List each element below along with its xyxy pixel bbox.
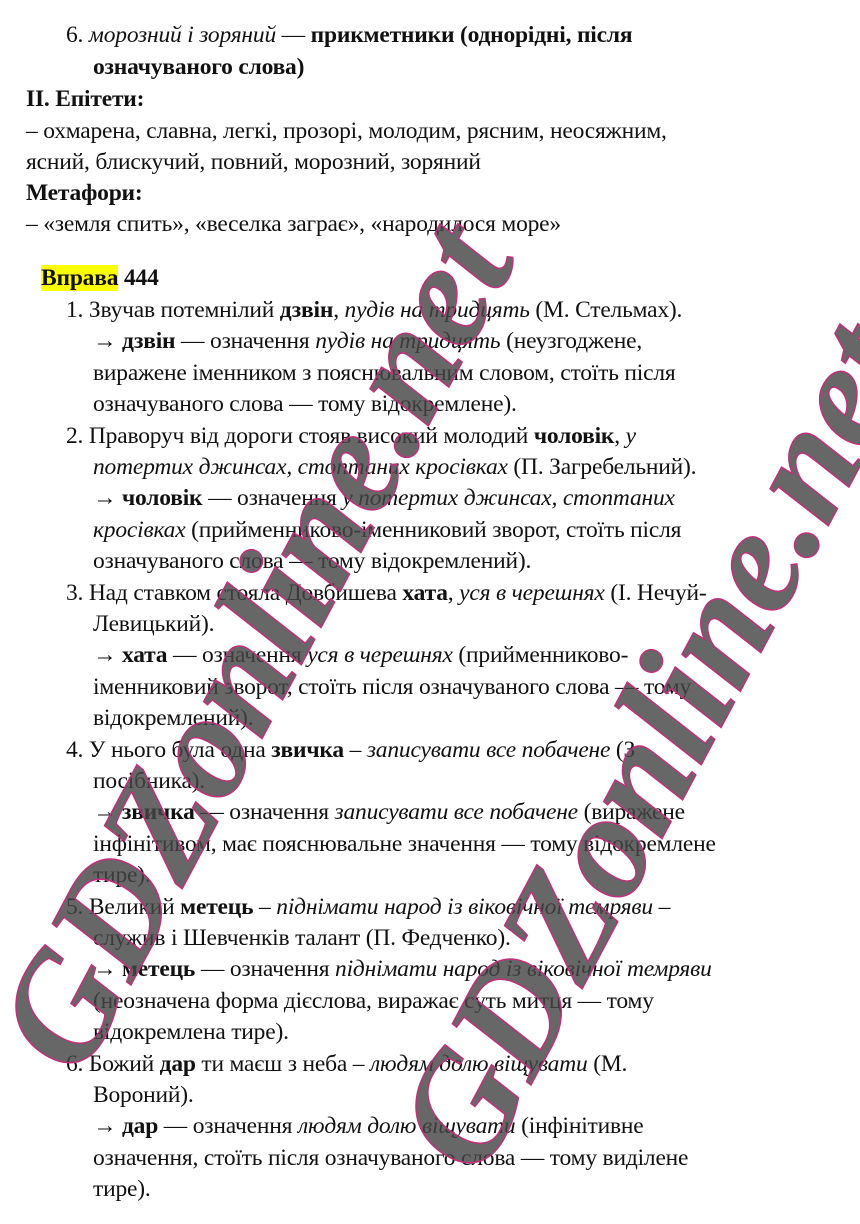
attribute-phrase: пудів на тридцять: [315, 328, 500, 354]
defined-word: звичка: [271, 737, 344, 763]
text-segment: Звучав потемнілий: [89, 297, 280, 323]
epithets-line-1: – охмарена, славна, легкі, прозорі, моло…: [26, 116, 667, 146]
attribute-phrase: піднімати народ із віковічної темряви: [335, 956, 712, 982]
exercise-item-2-line-2: потертих джинсах, стоптаних кросівках (П…: [93, 452, 696, 482]
text-segment: (інфінітивне: [515, 1113, 643, 1139]
defined-word: хата: [122, 642, 167, 668]
epithets-line-2: ясний, блискучий, повний, морозний, зоря…: [26, 147, 481, 177]
exercise-item-6-line-5: тире).: [93, 1174, 151, 1204]
exercise-item-5-line-5: відокремлена тире).: [93, 1017, 289, 1047]
exercise-item-5-line-4: (неозначена форма дієслова, виражає суть…: [93, 986, 654, 1016]
text-segment: →: [93, 485, 122, 511]
exercise-item-4-line-4: інфінітивом, має пояснювальне значення —…: [93, 829, 716, 859]
text-segment: — означення: [195, 799, 335, 825]
item-number: 4.: [66, 737, 89, 763]
text-segment: →: [93, 956, 122, 982]
text-segment: Левицький).: [93, 611, 214, 637]
text-segment: виражене іменником з пояснювальним слово…: [93, 360, 675, 386]
text-segment: Праворуч від дороги стояв високий молоди…: [89, 423, 534, 449]
defined-word: метець: [180, 894, 253, 920]
exercise-item-2-line-5: означуваного слова — тому відокремлений)…: [93, 546, 531, 576]
text-segment: →: [93, 642, 122, 668]
text-segment: →: [93, 1113, 122, 1139]
text-segment: →: [93, 328, 122, 354]
exercise-item-3-line-3: → хата — означення уся в черешнях (прийм…: [93, 640, 628, 670]
attribute-phrase: потертих джинсах, стоптаних кросівках: [93, 454, 508, 480]
exercise-number: 444: [124, 265, 159, 291]
text-segment: — означення: [202, 485, 342, 511]
text-segment: ,: [333, 297, 344, 323]
text-segment: означуваного слова — тому відокремлений)…: [93, 548, 531, 574]
exercise-item-1-line-4: означуваного слова — тому відокремлене).: [93, 389, 517, 419]
text-segment: Над ставком стояла Довбишева: [89, 580, 402, 606]
item-number: 5.: [66, 894, 89, 920]
text-segment: посібника).: [93, 768, 205, 794]
text-segment: У нього була одна: [89, 737, 271, 763]
attribute-phrase: людям долю віщувати: [370, 1051, 588, 1077]
bold-phrase: прикметники (однорідні, після: [311, 22, 633, 48]
defined-word: дар: [160, 1051, 196, 1077]
text-segment: тире).: [93, 862, 151, 888]
italic-phrase: морозний і зоряний: [89, 22, 276, 48]
item-number: 6.: [66, 22, 83, 48]
exercise-item-6-line-1: 6. Божий дар ти маєш з неба – людям долю…: [66, 1049, 627, 1079]
attribute-phrase: записувати все побачене: [335, 799, 578, 825]
defined-word: чоловік: [122, 485, 202, 511]
exercise-item-6-line-4: означення, стоїть після означуваного сло…: [93, 1143, 688, 1173]
top-item-line-1: 6. морозний і зоряний — прикметники (одн…: [66, 20, 632, 50]
defined-word: хата: [402, 580, 447, 606]
text-segment: інфінітивом, має пояснювальне значення —…: [93, 831, 716, 857]
exercise-item-4-line-3: → звичка — означення записувати все поба…: [93, 797, 685, 827]
exercise-item-4-line-5: тире).: [93, 860, 151, 890]
text-segment: (М.: [588, 1051, 628, 1077]
text-segment: (М. Стельмах).: [530, 297, 682, 323]
exercise-label-highlighted: Вправа: [41, 265, 118, 291]
attribute-phrase: пудів на тридцять: [345, 297, 530, 323]
text-segment: (неозначена форма дієслова, виражає суть…: [93, 988, 654, 1014]
top-item-line-2: означуваного слова): [93, 52, 304, 82]
exercise-item-5-line-1: 5. Великий метець – піднімати народ із в…: [66, 892, 670, 922]
text-segment: (виражене: [578, 799, 685, 825]
text-segment: ти маєш з неба –: [196, 1051, 370, 1077]
text-segment: (І. Нечуй-: [605, 580, 707, 606]
text-segment: означення, стоїть після означуваного сло…: [93, 1145, 688, 1171]
exercise-item-5-line-3: → метець — означення піднімати народ із …: [93, 954, 712, 984]
defined-word: дар: [122, 1113, 158, 1139]
text-segment: відокремлена тире).: [93, 1019, 289, 1045]
attribute-phrase: піднімати народ із віковічної темряви: [276, 894, 653, 920]
attribute-phrase: кросівках: [93, 517, 185, 543]
text-segment: — означення: [158, 1113, 298, 1139]
text-segment: Вороний).: [93, 1082, 194, 1108]
attribute-phrase: записувати все побачене: [367, 737, 610, 763]
exercise-item-4-line-2: посібника).: [93, 766, 205, 796]
text-segment: служив і Шевченків талант (П. Федченко).: [93, 925, 511, 951]
item-number: 2.: [66, 423, 89, 449]
attribute-phrase: уся в черешнях: [307, 642, 453, 668]
item-number: 1.: [66, 297, 89, 323]
text-segment: (прийменниково-: [453, 642, 629, 668]
defined-word: метець: [122, 956, 195, 982]
item-number: 3.: [66, 580, 89, 606]
metaphors-heading: Метафори:: [26, 178, 143, 208]
exercise-item-6-line-2: Вороний).: [93, 1080, 194, 1110]
text-segment: –: [253, 894, 276, 920]
text-segment: (З: [610, 737, 635, 763]
exercise-item-3-line-1: 3. Над ставком стояла Довбишева хата, ус…: [66, 578, 707, 608]
exercise-item-3-line-4: іменниковий зворот, стоїть після означув…: [93, 672, 691, 702]
attribute-phrase: людям долю віщувати: [298, 1113, 516, 1139]
defined-word: дзвін: [280, 297, 333, 323]
exercise-item-6-line-3: → дар — означення людям долю віщувати (і…: [93, 1111, 644, 1141]
exercise-heading: Вправа 444: [41, 263, 159, 293]
text-segment: →: [93, 799, 122, 825]
text-segment: (прийменниково-іменниковий зворот, стоїт…: [185, 517, 681, 543]
exercise-item-5-line-2: служив і Шевченків талант (П. Федченко).: [93, 923, 511, 953]
exercise-item-1-line-3: виражене іменником з пояснювальним слово…: [93, 358, 675, 388]
text-segment: Великий: [89, 894, 180, 920]
text-segment: –: [344, 737, 367, 763]
text-segment: –: [653, 894, 670, 920]
defined-word: звичка: [122, 799, 195, 825]
text-segment: відокремлений).: [93, 705, 253, 731]
exercise-item-1-line-2: → дзвін — означення пудів на тридцять (н…: [93, 326, 642, 356]
epithets-heading: ІІ. Епітети:: [26, 84, 144, 114]
exercise-item-3-line-5: відокремлений).: [93, 703, 253, 733]
attribute-phrase: у потертих джинсах, стоптаних: [342, 485, 675, 511]
exercise-item-4-line-1: 4. У нього була одна звичка – записувати…: [66, 735, 635, 765]
text-segment: — означення: [167, 642, 307, 668]
attribute-phrase: уся в черешнях: [459, 580, 605, 606]
item-number: 6.: [66, 1051, 89, 1077]
exercise-item-2-line-3: → чоловік — означення у потертих джинсах…: [93, 483, 675, 513]
defined-word: дзвін: [122, 328, 175, 354]
text-segment: ,: [614, 423, 625, 449]
separator: —: [276, 22, 311, 48]
text-segment: — означення: [175, 328, 315, 354]
text-segment: іменниковий зворот, стоїть після означув…: [93, 674, 691, 700]
metaphors-line-1: – «земля спить», «веселка заграє», «наро…: [26, 209, 561, 239]
text-segment: ,: [448, 580, 459, 606]
text-segment: (П. Загребельний).: [508, 454, 697, 480]
text-segment: (неузгоджене,: [500, 328, 642, 354]
text-segment: Божий: [89, 1051, 160, 1077]
exercise-item-3-line-2: Левицький).: [93, 609, 214, 639]
exercise-item-1-line-1: 1. Звучав потемнілий дзвін, пудів на три…: [66, 295, 682, 325]
text-segment: означуваного слова — тому відокремлене).: [93, 391, 517, 417]
exercise-item-2-line-1: 2. Праворуч від дороги стояв високий мол…: [66, 421, 636, 451]
exercise-item-2-line-4: кросівках (прийменниково-іменниковий зво…: [93, 515, 681, 545]
text-segment: — означення: [195, 956, 335, 982]
text-segment: тире).: [93, 1176, 151, 1202]
defined-word: чоловік: [534, 423, 614, 449]
attribute-phrase: у: [626, 423, 636, 449]
